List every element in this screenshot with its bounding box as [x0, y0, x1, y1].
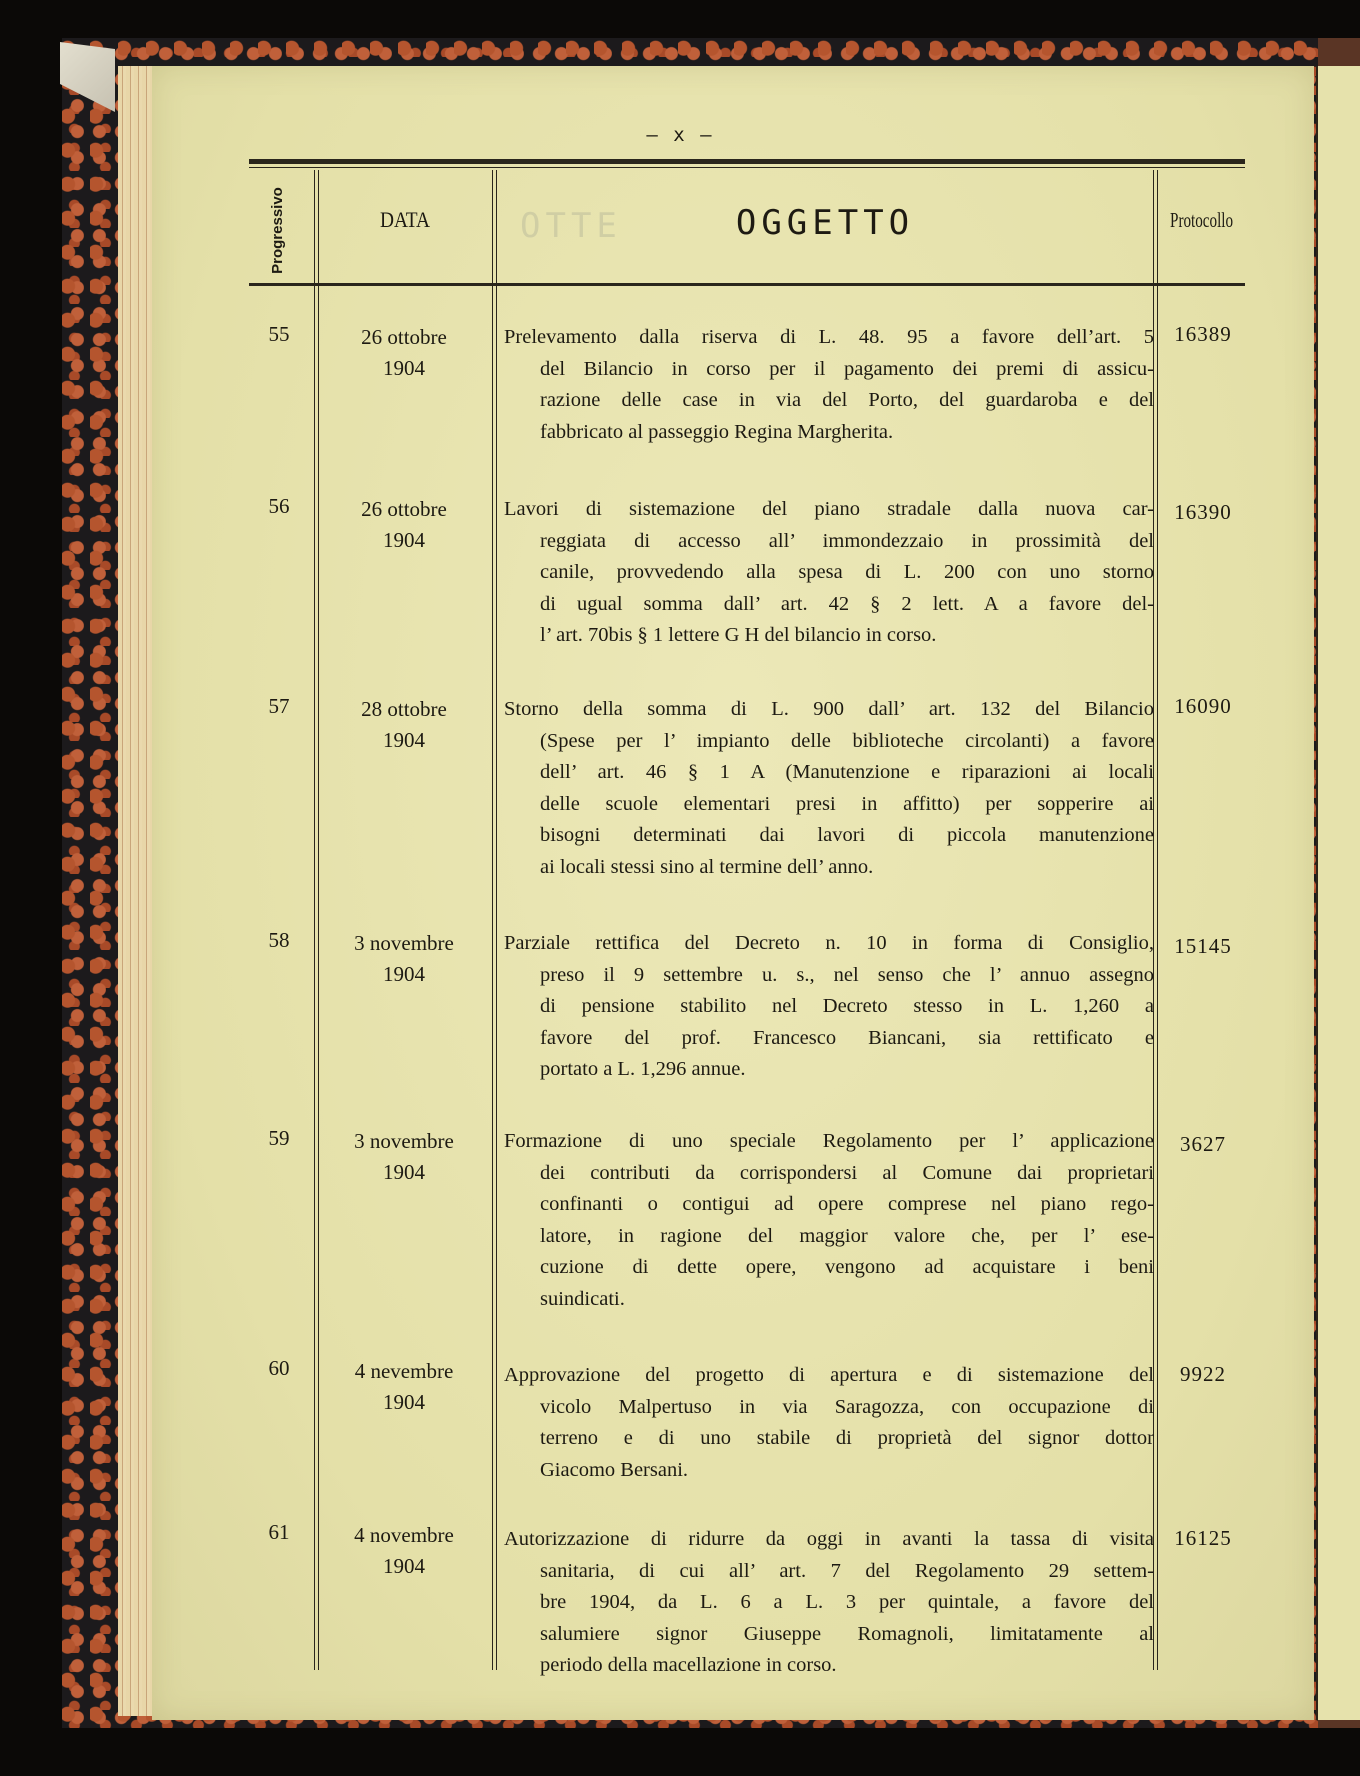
header-top-rule — [249, 159, 1245, 164]
oggetto-line: favore del prof. Francesco Biancani, sia… — [504, 1023, 1154, 1055]
row-progressivo: 56 — [249, 494, 309, 519]
row-progressivo: 55 — [249, 322, 309, 347]
oggetto-line: suindicati. — [504, 1284, 1154, 1316]
row-progressivo: 57 — [249, 694, 309, 719]
oggetto-line: Storno della somma di L. 900 dall’ art. … — [504, 694, 1154, 726]
row-date-day: 4 novembre — [319, 1520, 489, 1551]
oggetto-line: Parziale rettifica del Decreto n. 10 in … — [504, 928, 1154, 960]
header-protocollo: Protocollo — [1170, 208, 1232, 233]
row-oggetto: Prelevamento dalla riserva di L. 48. 95 … — [504, 322, 1154, 448]
oggetto-line: Lavori di sistemazione del piano stradal… — [504, 494, 1154, 526]
column-divider — [496, 170, 497, 1670]
oggetto-line: bre 1904, da L. 6 a L. 3 per quintale, a… — [504, 1587, 1154, 1619]
row-date-day: 26 ottobre — [319, 494, 489, 525]
row-progressivo: 60 — [249, 1356, 309, 1381]
oggetto-line: (Spese per l’ impianto delle biblioteche… — [504, 726, 1154, 758]
row-date: 28 ottobre 1904 — [319, 694, 489, 756]
row-date-year: 1904 — [319, 1551, 489, 1582]
row-progressivo: 58 — [249, 928, 309, 953]
header-data: DATA — [330, 207, 480, 233]
oggetto-line: dell’ art. 46 § 1 A (Manutenzione e ripa… — [504, 757, 1154, 789]
row-progressivo: 61 — [249, 1520, 309, 1545]
oggetto-line: sanitaria, di cui all’ art. 7 del Regola… — [504, 1556, 1154, 1588]
row-protocollo: 16090 — [1161, 694, 1245, 719]
row-date-year: 1904 — [319, 353, 489, 384]
column-divider — [492, 170, 493, 1670]
row-date-day: 4 nevembre — [319, 1356, 489, 1387]
row-date: 26 ottobre 1904 — [319, 494, 489, 556]
row-protocollo: 15145 — [1161, 934, 1245, 959]
oggetto-line: confinanti o contigui ad opere comprese … — [504, 1189, 1154, 1221]
oggetto-line: portato a L. 1,296 annue. — [504, 1054, 1154, 1086]
row-date-day: 3 novembre — [319, 1126, 489, 1157]
row-date: 26 ottobre 1904 — [319, 322, 489, 384]
oggetto-line: di ugual somma dall’ art. 42 § 2 lett. A… — [504, 589, 1154, 621]
oggetto-line: Approvazione del progetto di apertura e … — [504, 1360, 1154, 1392]
oggetto-line: salumiere signor Giuseppe Romagnoli, lim… — [504, 1619, 1154, 1651]
page-number: — x — — [0, 124, 1360, 146]
row-protocollo: 16390 — [1161, 500, 1245, 525]
column-divider — [318, 170, 319, 1670]
oggetto-line: fabbricato al passeggio Regina Margherit… — [504, 417, 1154, 449]
oggetto-line: Giacomo Bersani. — [504, 1455, 1154, 1487]
oggetto-line: l’ art. 70bis § 1 lettere G H del bilanc… — [504, 620, 1154, 652]
oggetto-line: Prelevamento dalla riserva di L. 48. 95 … — [504, 322, 1154, 354]
next-page-edge — [1316, 66, 1360, 1720]
header-progressivo: Progressivo — [262, 180, 292, 280]
oggetto-line: canile, provvedendo alla spesa di L. 200… — [504, 557, 1154, 589]
row-date-day: 26 ottobre — [319, 322, 489, 353]
row-oggetto: Autorizzazione di ridurre da oggi in ava… — [504, 1524, 1154, 1682]
header-top-thin-rule — [249, 167, 1245, 168]
row-progressivo: 59 — [249, 1126, 309, 1151]
oggetto-line: di pensione stabilito nel Decreto stesso… — [504, 991, 1154, 1023]
oggetto-line: dei contributi da corrispondersi al Comu… — [504, 1158, 1154, 1190]
oggetto-line: periodo della macellazione in corso. — [504, 1650, 1154, 1682]
row-date-year: 1904 — [319, 1157, 489, 1188]
row-protocollo: 9922 — [1161, 1362, 1245, 1387]
oggetto-line: cuzione di dette opere, vengono ad acqui… — [504, 1252, 1154, 1284]
row-date: 3 novembre 1904 — [319, 928, 489, 990]
row-protocollo: 3627 — [1161, 1132, 1245, 1157]
header-oggetto: OGGETTO — [500, 203, 1150, 243]
oggetto-line: Autorizzazione di ridurre da oggi in ava… — [504, 1524, 1154, 1556]
row-date-day: 3 novembre — [319, 928, 489, 959]
oggetto-line: delle scuole elementari presi in affitto… — [504, 789, 1154, 821]
row-date-year: 1904 — [319, 725, 489, 756]
oggetto-line: latore, in ragione del maggior valore ch… — [504, 1221, 1154, 1253]
column-divider — [1157, 170, 1158, 1670]
oggetto-line: Formazione di uno speciale Regolamento p… — [504, 1126, 1154, 1158]
oggetto-line: del Bilancio in corso per il pagamento d… — [504, 354, 1154, 386]
oggetto-line: reggiata di accesso all’ immondezzaio in… — [504, 526, 1154, 558]
oggetto-line: bisogni determinati dai lavori di piccol… — [504, 820, 1154, 852]
row-oggetto: Lavori di sistemazione del piano stradal… — [504, 494, 1154, 652]
row-date: 3 novembre 1904 — [319, 1126, 489, 1188]
oggetto-line: preso il 9 settembre u. s., nel senso ch… — [504, 960, 1154, 992]
row-protocollo: 16389 — [1161, 322, 1245, 347]
oggetto-line: ai locali stessi sino al termine dell’ a… — [504, 852, 1154, 884]
oggetto-line: razione delle case in via del Porto, del… — [504, 385, 1154, 417]
row-oggetto: Parziale rettifica del Decreto n. 10 in … — [504, 928, 1154, 1086]
row-date-day: 28 ottobre — [319, 694, 489, 725]
column-divider — [314, 170, 315, 1670]
row-date: 4 nevembre 1904 — [319, 1356, 489, 1418]
row-date-year: 1904 — [319, 959, 489, 990]
row-oggetto: Storno della somma di L. 900 dall’ art. … — [504, 694, 1154, 883]
row-protocollo: 16125 — [1161, 1526, 1245, 1551]
row-date-year: 1904 — [319, 525, 489, 556]
row-oggetto: Approvazione del progetto di apertura e … — [504, 1360, 1154, 1486]
oggetto-line: terreno e di uno stabile di proprietà de… — [504, 1423, 1154, 1455]
row-oggetto: Formazione di uno speciale Regolamento p… — [504, 1126, 1154, 1315]
header-progressivo-label: Progressivo — [269, 187, 286, 274]
header-bottom-rule — [249, 283, 1245, 286]
row-date-year: 1904 — [319, 1387, 489, 1418]
row-date: 4 novembre 1904 — [319, 1520, 489, 1582]
oggetto-line: vicolo Malpertuso in via Saragozza, con … — [504, 1392, 1154, 1424]
